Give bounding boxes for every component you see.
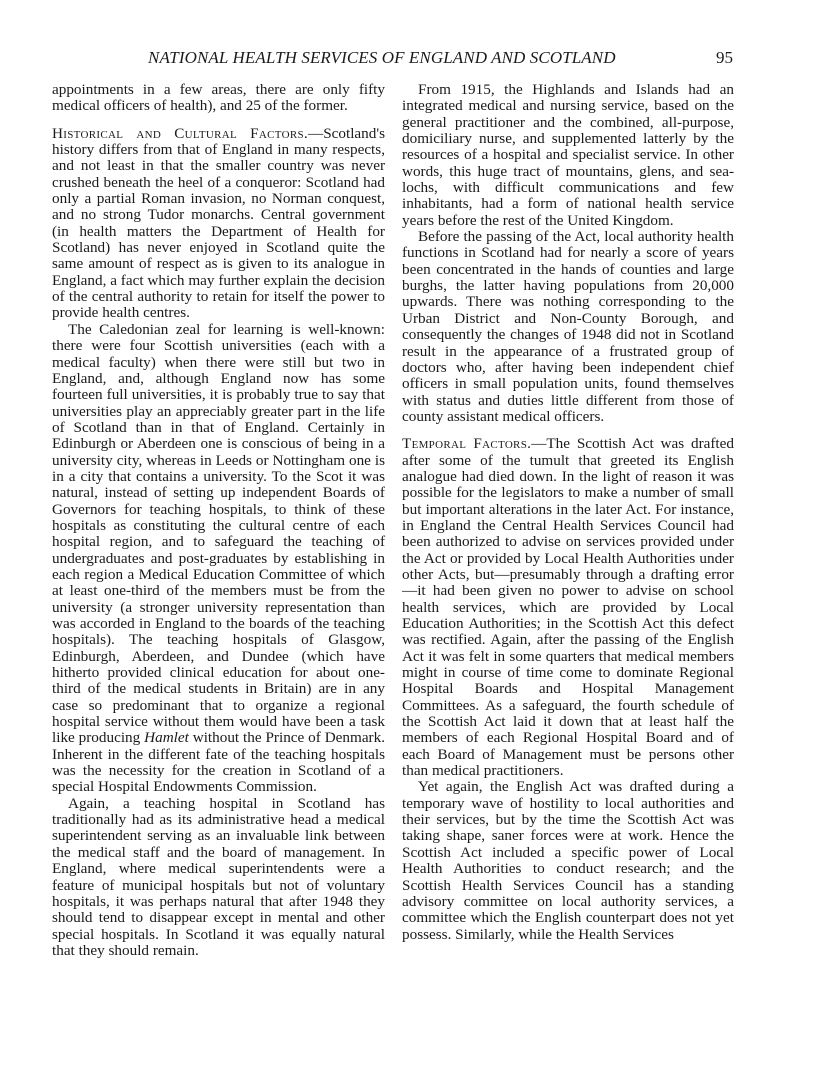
paragraph-local-authority: Before the passing of the Act, local aut…: [402, 229, 734, 425]
paragraph-teaching-hospital: Again, a teaching hospital in Scotland h…: [52, 796, 385, 959]
paragraph-text: —Scotland's history differs from that of…: [52, 125, 385, 322]
paragraph-text: —The Scottish Act was drafted after some…: [402, 435, 734, 779]
right-column: From 1915, the Highlands and Islands had…: [402, 82, 734, 943]
paragraph-continuation: appointments in a few areas, there are o…: [52, 82, 385, 115]
italic-title-hamlet: Hamlet: [144, 729, 189, 746]
section-heading-historical-cultural: Historical and Cultural Factors.: [52, 125, 308, 142]
page-header: NATIONAL HEALTH SERVICES OF ENGLAND AND …: [0, 48, 816, 72]
paragraph-text: The Caledonian zeal for learning is well…: [52, 321, 385, 747]
page-number: 95: [716, 48, 733, 68]
paragraph-yet-again: Yet again, the English Act was drafted d…: [402, 779, 734, 942]
paragraph-historical-cultural-factors: Historical and Cultural Factors.—Scotlan…: [52, 126, 385, 322]
section-heading-temporal: Temporal Factors.: [402, 435, 531, 452]
paragraph-temporal-factors: Temporal Factors.—The Scottish Act was d…: [402, 436, 734, 779]
running-title: NATIONAL HEALTH SERVICES OF ENGLAND AND …: [148, 48, 616, 68]
left-column: appointments in a few areas, there are o…: [52, 82, 385, 959]
paragraph-highlands-islands: From 1915, the Highlands and Islands had…: [402, 82, 734, 229]
paragraph-caledonian-zeal: The Caledonian zeal for learning is well…: [52, 322, 385, 796]
